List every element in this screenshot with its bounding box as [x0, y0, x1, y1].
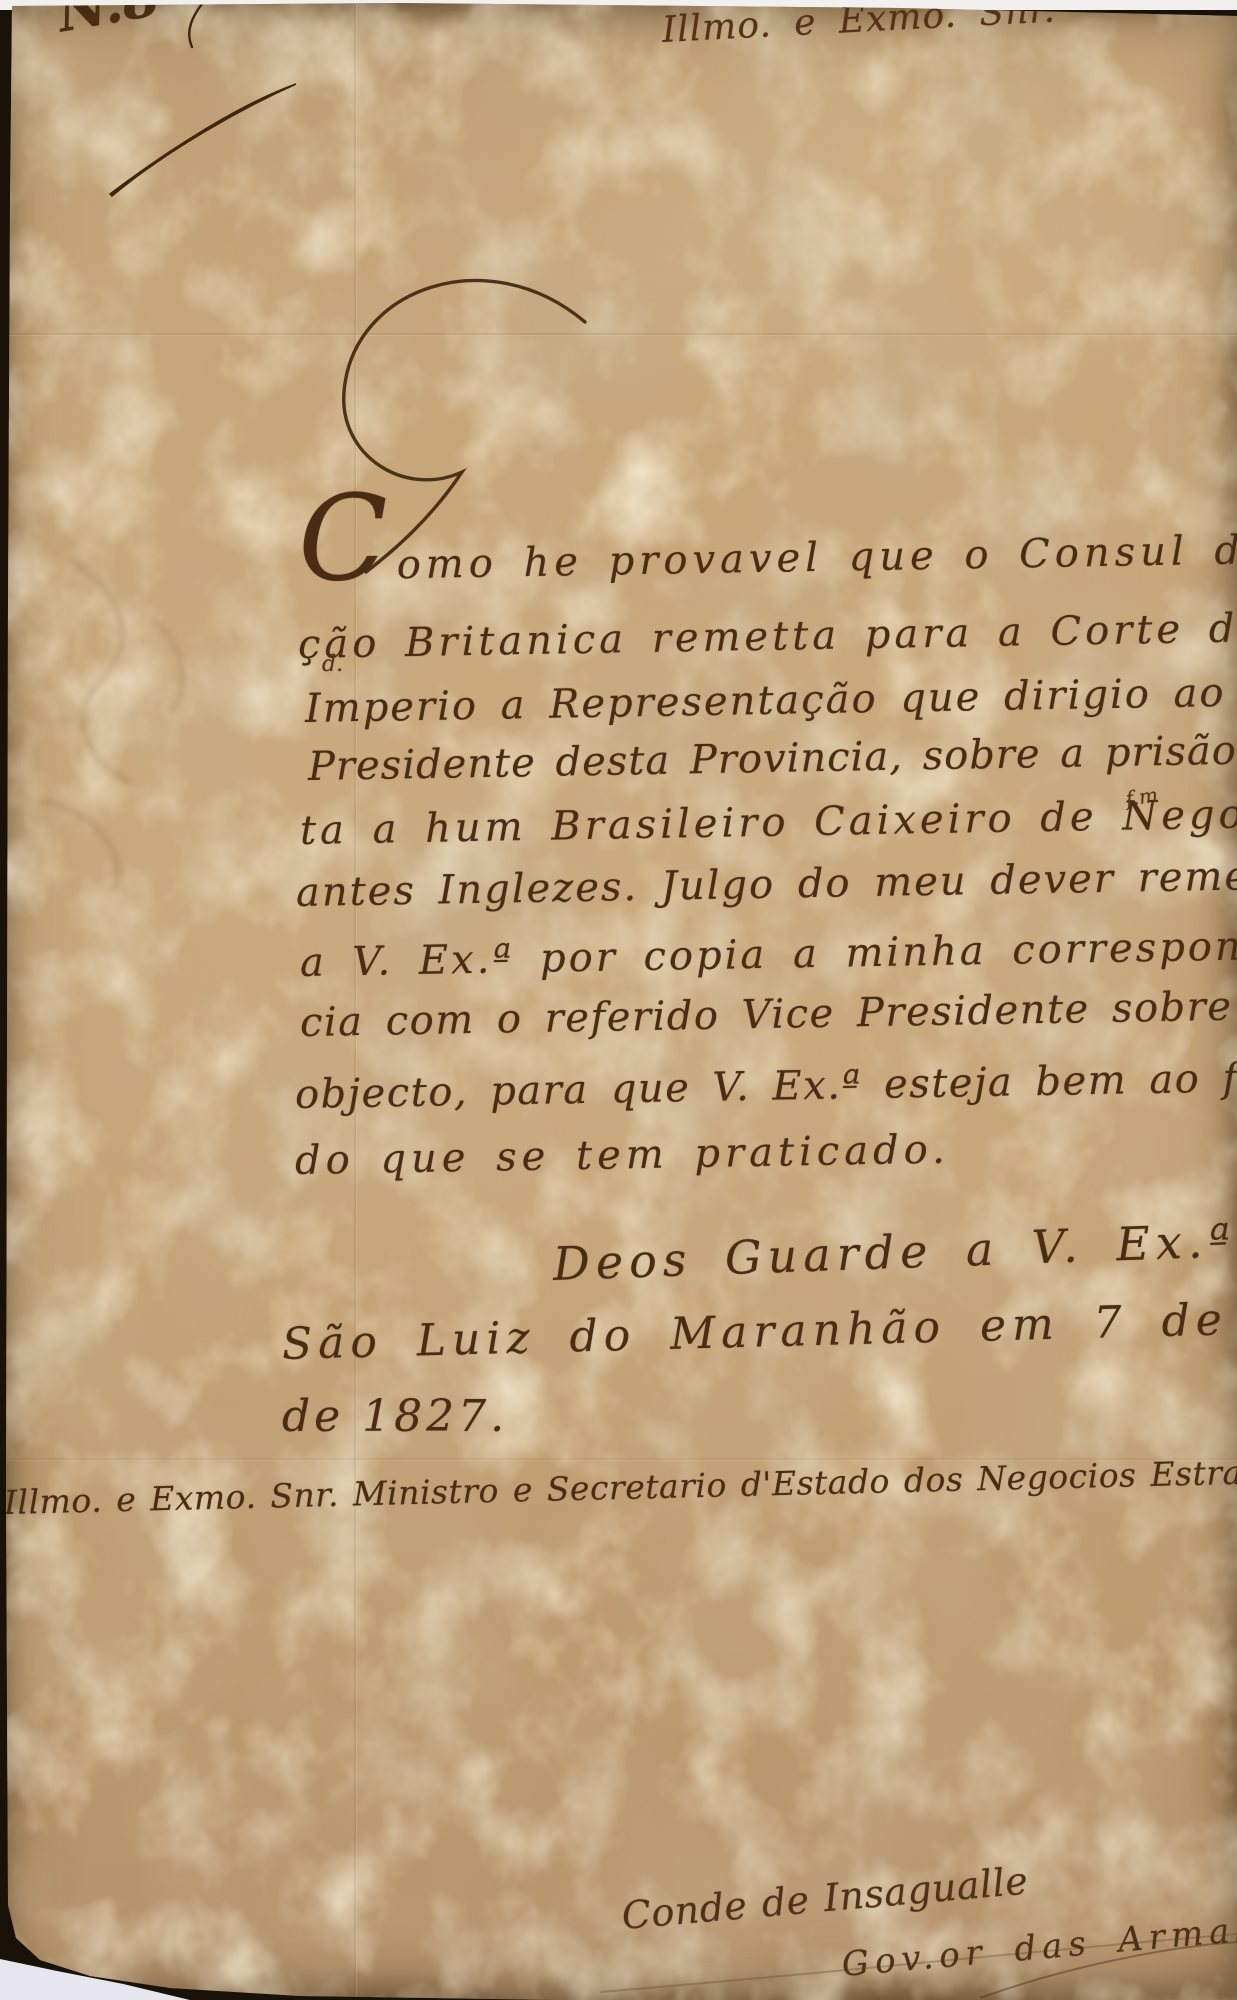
- closing-formula: Deos Guarde a V. Ex.ª: [552, 1214, 1237, 1291]
- document-scan: N.8 Illmo. e Exmo. Snr. Como he provavel…: [0, 0, 1237, 2000]
- corner-curl-flourish: [189, 0, 205, 47]
- letter-page: N.8 Illmo. e Exmo. Snr. Como he provavel…: [0, 0, 1237, 2000]
- body-line-6: antes Inglezes. Julgo do meu dever remet…: [296, 852, 1237, 916]
- signature-title: Gov.or das Armas: [840, 1910, 1237, 1985]
- body-line-3: Imperio a Representação que dirigio ao V…: [305, 668, 1237, 732]
- pen-slash-flourish: [110, 84, 296, 196]
- dateline-place: São Luiz do Maranhão em 7 de Abril: [281, 1291, 1237, 1371]
- body-line-1: Como he provavel que o Consul da Na-: [297, 453, 1237, 608]
- interlinear-note-1: d.: [322, 652, 343, 677]
- ink-bleedthrough-ghosts: [42, 560, 182, 892]
- archival-number: N.8: [53, 0, 165, 44]
- body-line-9: objecto, para que V. Ex.ª esteja bem ao …: [295, 1054, 1237, 1118]
- body-line-5: ta a hum Brasileiro Caixeiro de Negoci-: [300, 790, 1237, 854]
- body-line-2: ção Britanica remetta para a Corte do: [298, 605, 1237, 668]
- body-line-7: a V. Ex.ª por copia a minha corresponden…: [300, 922, 1237, 986]
- body-line-8: cia com o referido Vice Presidente sobre…: [300, 982, 1237, 1046]
- dateline-year: de 1827.: [282, 1392, 508, 1443]
- body-line-10: do que se tem praticado.: [295, 1127, 951, 1184]
- signature-name: Conde de Insagualle: [620, 1860, 1030, 1939]
- interlinear-note-2: f.m: [1124, 784, 1159, 811]
- fold-crease-horizontal: [0, 333, 1237, 335]
- body-line-4: Presidente desta Provincia, sobre a pris…: [308, 726, 1237, 790]
- addressee-line: Illmo. e Exmo. Snr. Ministro e Secretari…: [4, 1451, 1237, 1522]
